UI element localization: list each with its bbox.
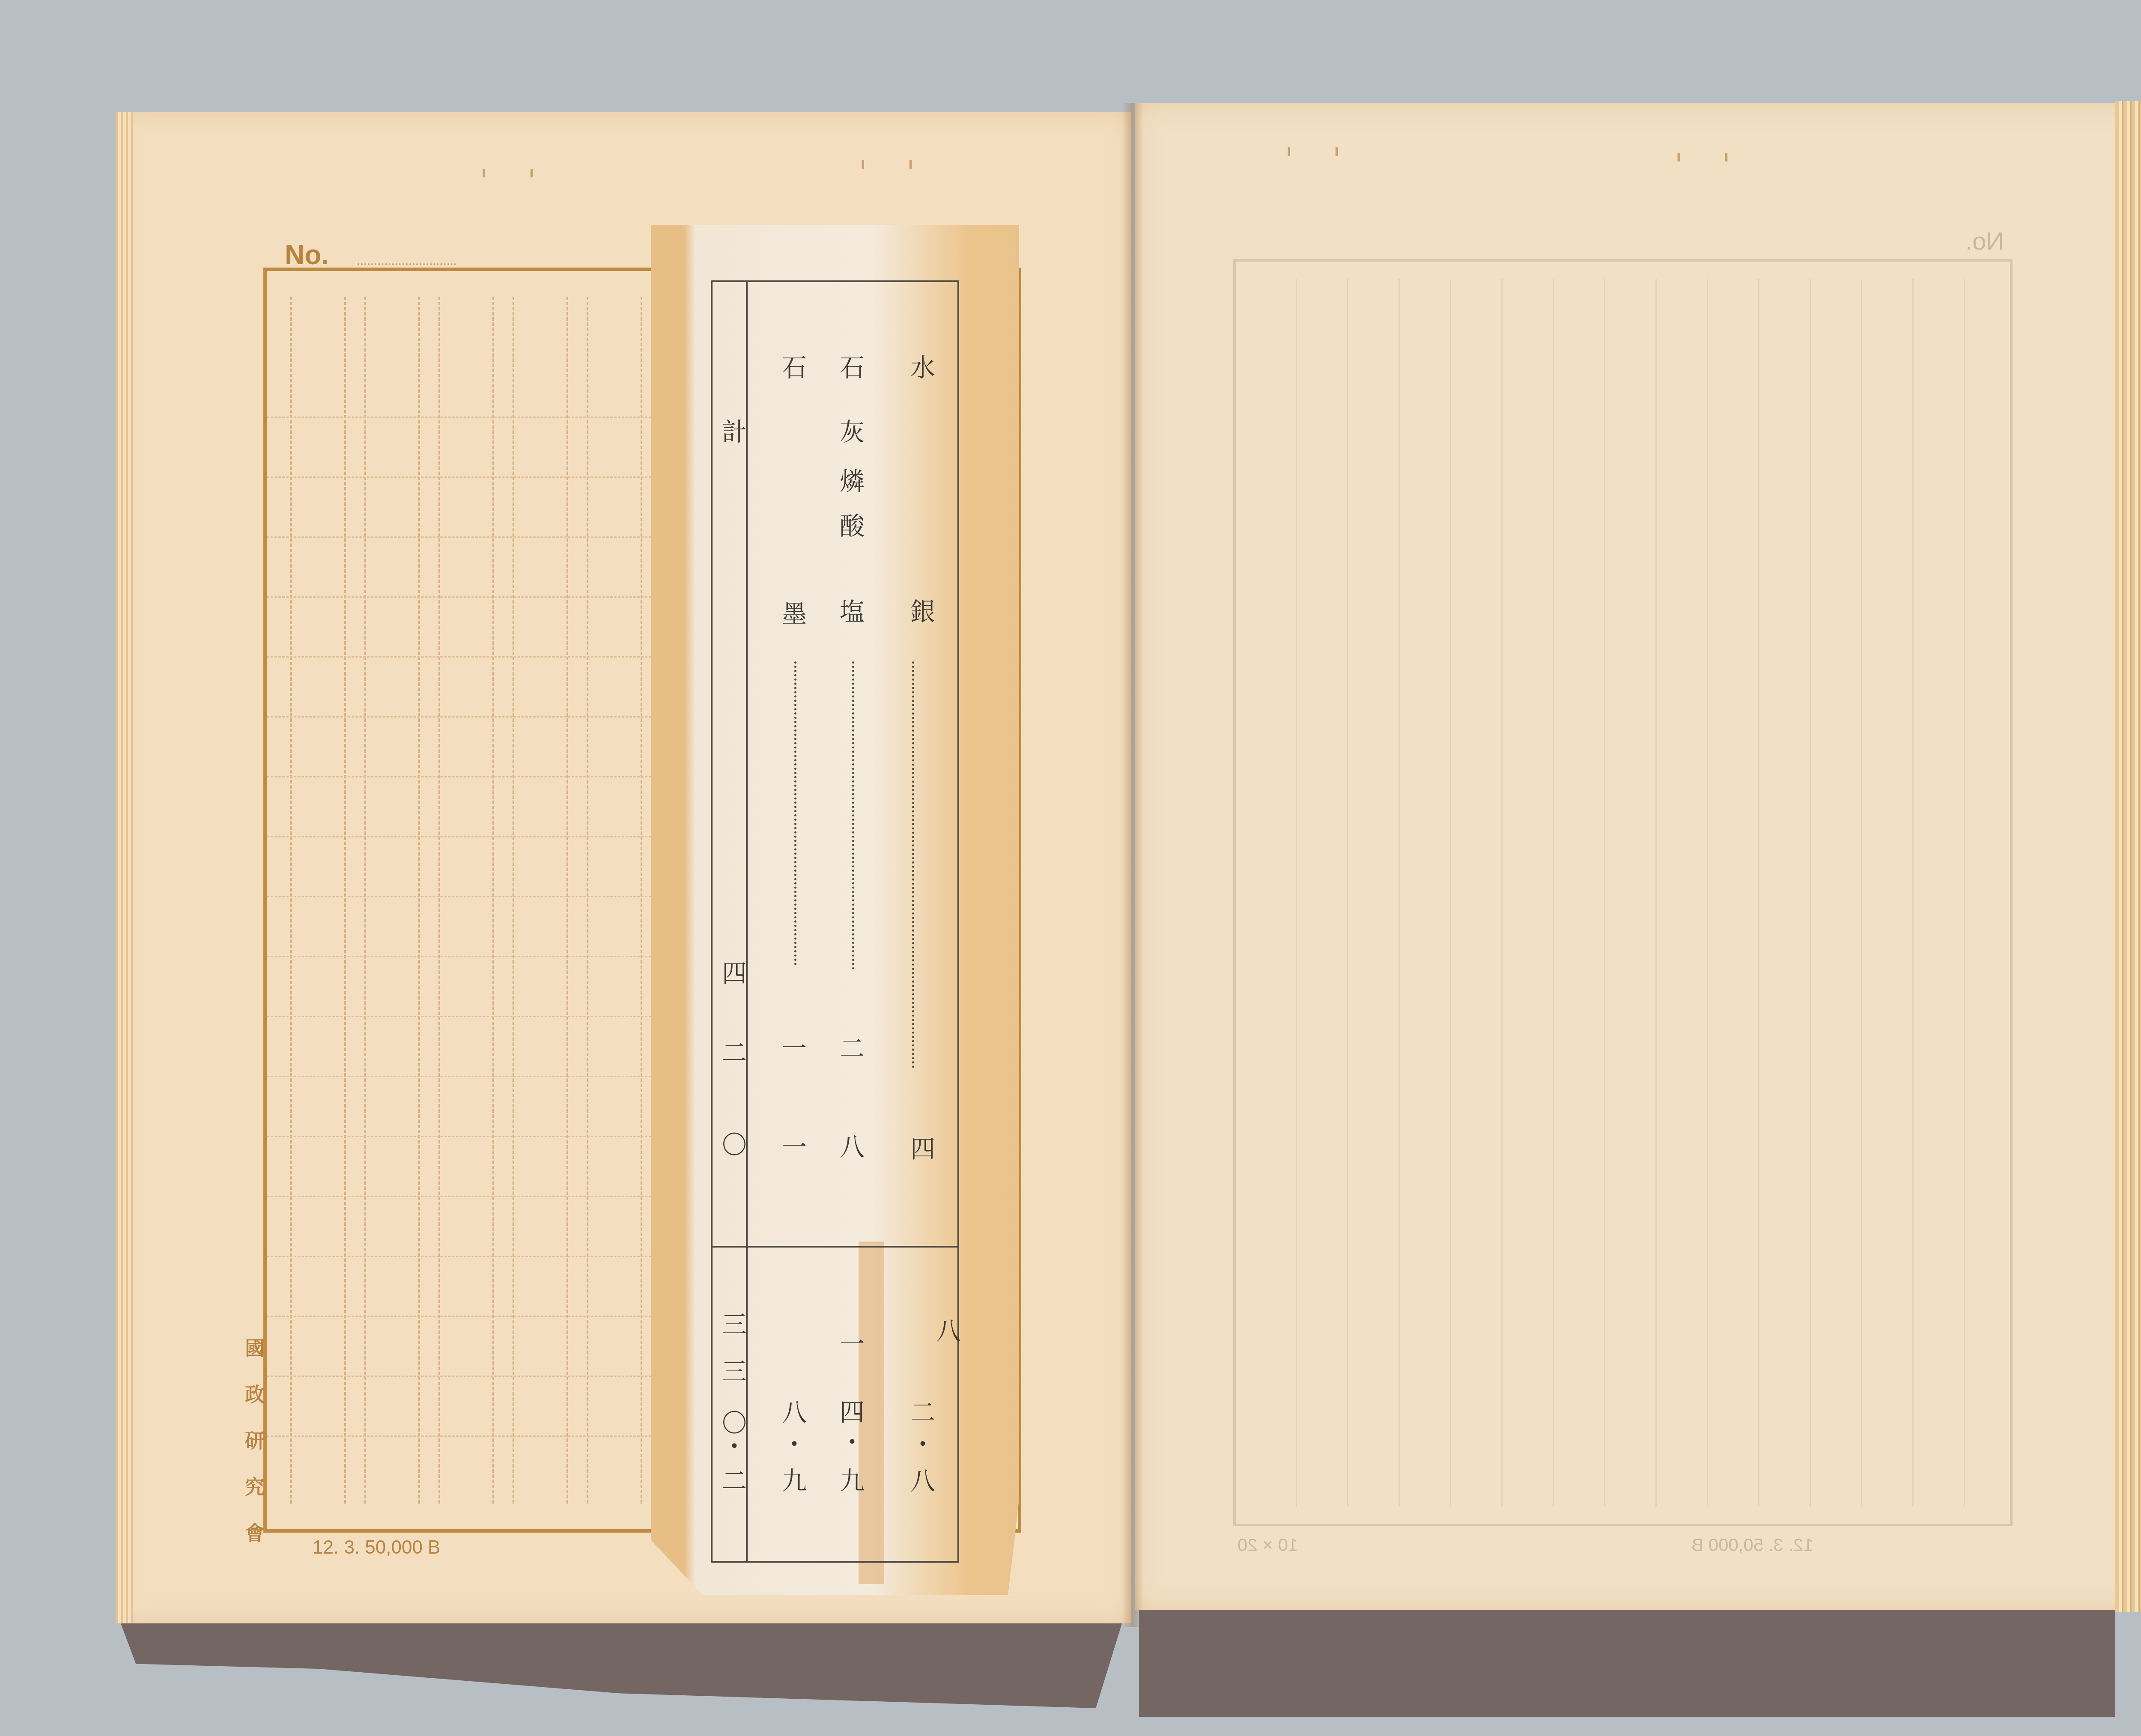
book-shadow-right [1139, 1601, 2115, 1717]
ghost-column [1964, 279, 1965, 1507]
ghost-column [1810, 279, 1811, 1507]
ghost-column [1501, 279, 1503, 1507]
mirrored-print-code: 12. 3. 50,000 B [1691, 1535, 1813, 1555]
ghost-column [1450, 279, 1452, 1507]
slip-column-mercury: 水 銀 四 八 二 ・ 八 [908, 334, 938, 1533]
ghost-column [1347, 279, 1349, 1507]
ghost-column [1912, 279, 1914, 1507]
slip-column-graphite: 石 墨 一 一 八 ・ 九 [779, 334, 809, 1533]
book-gutter [1122, 103, 1143, 1627]
binding-holes-left-2: ╹ ╹ [859, 161, 932, 178]
ghost-column [1758, 279, 1760, 1507]
ghost-column [1553, 279, 1554, 1507]
left-page-edges [116, 112, 133, 1623]
mirrored-grid-size: 10 × 20 [1237, 1535, 1298, 1555]
slip-column-total: 計 四 二 〇 三 三 〇 ・ 二 [719, 334, 749, 1533]
slip-column-lime-phosphate: 石 灰 燐 酸 塩 二 八 一 四 ・ 九 [837, 334, 867, 1533]
ghost-column [1707, 279, 1709, 1507]
binding-holes-left-1: ╹ ╹ [480, 169, 553, 186]
ghost-column [1296, 279, 1297, 1507]
ghost-column [1655, 279, 1657, 1507]
form-number-label: No. [285, 239, 329, 271]
right-page-edges [2115, 101, 2141, 1612]
form-number-blank [358, 263, 456, 265]
binding-holes-right-1: ╹ ╹ [1285, 148, 1358, 165]
ghost-column [1604, 279, 1606, 1507]
publisher-imprint: 國 政 研 究 會 [242, 1325, 268, 1556]
print-run-code: 12. 3. 50,000 B [313, 1537, 440, 1558]
binding-holes-right-2: ╹ ╹ [1674, 153, 1748, 170]
book-shadow-left [116, 1610, 1126, 1708]
ghost-column [1861, 279, 1863, 1507]
ghost-column [1399, 279, 1400, 1507]
mirrored-grid-frame [1233, 259, 2013, 1526]
mirrored-form-number: No. [1965, 227, 2004, 256]
